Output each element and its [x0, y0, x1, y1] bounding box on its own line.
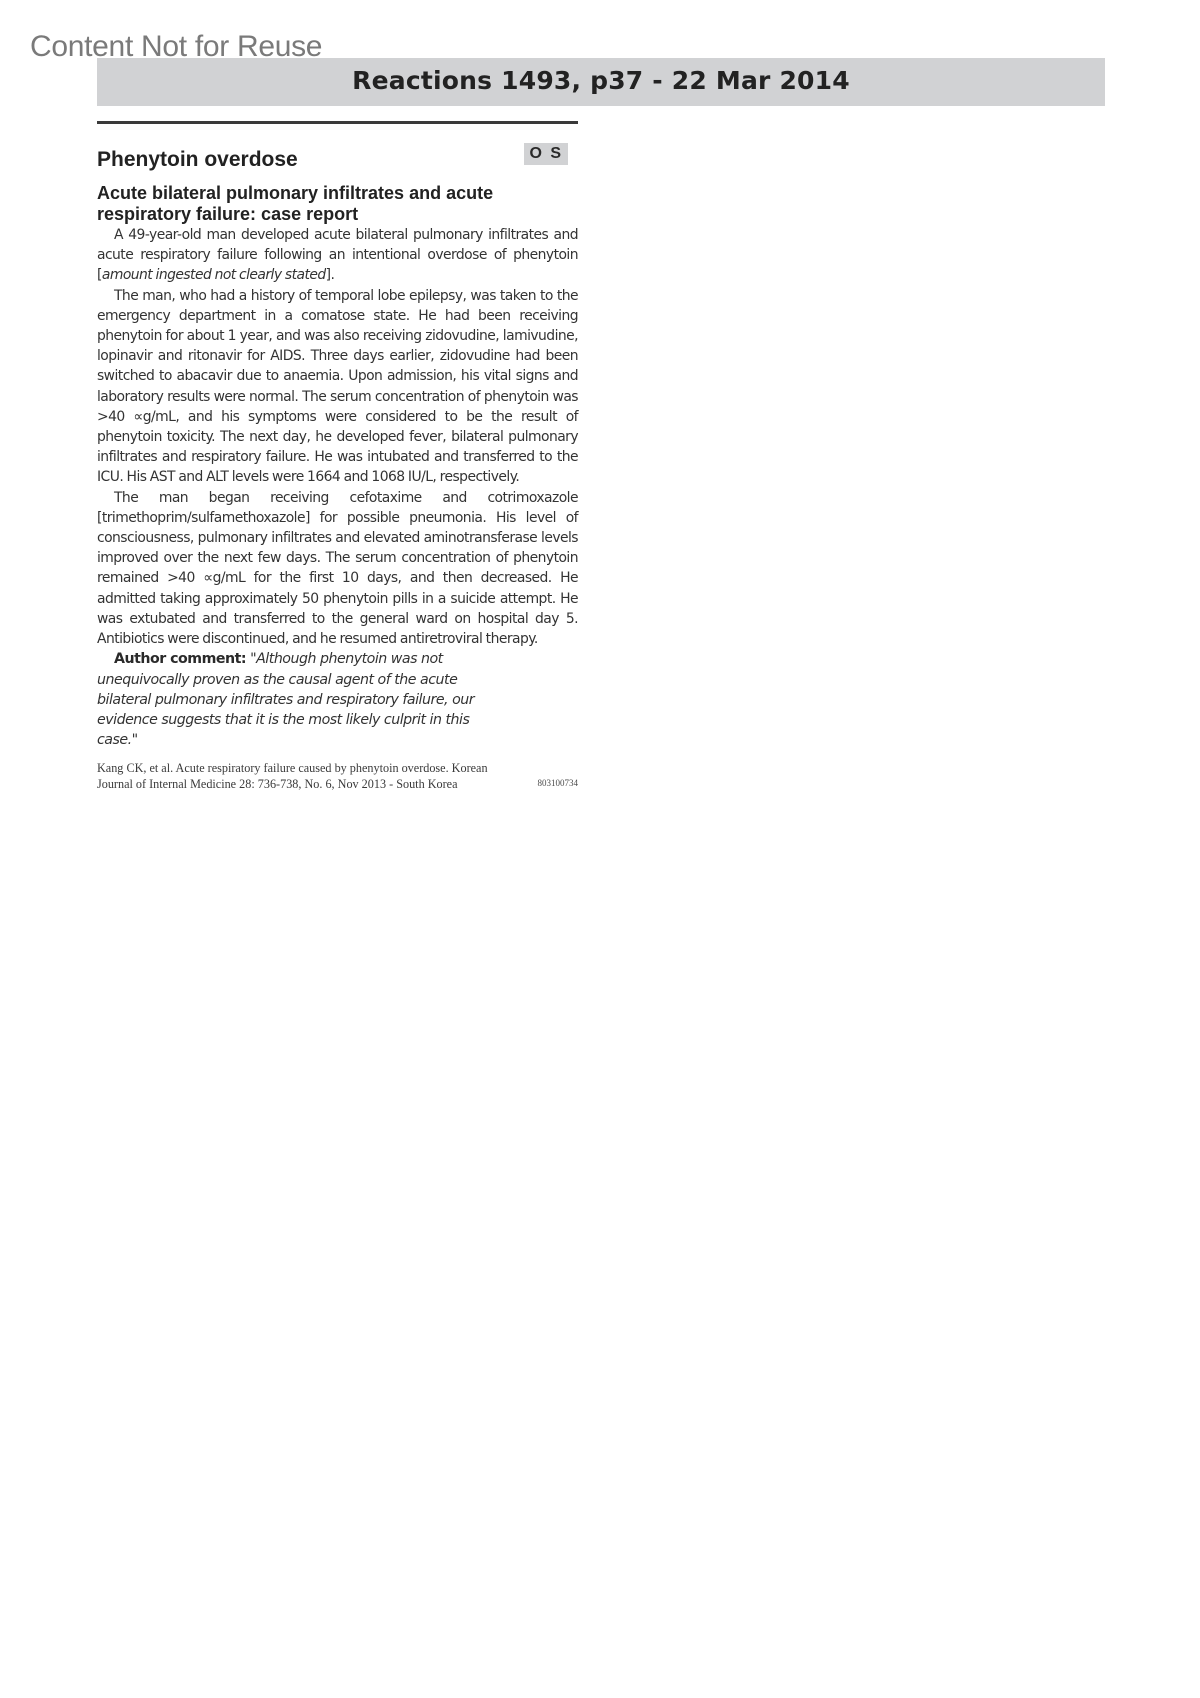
article-body: A 49-year-old man developed acute bilate… — [97, 225, 578, 649]
paragraph: The man began receiving cefotaxime and c… — [97, 488, 578, 650]
author-comment-label: Author comment: — [114, 651, 246, 667]
author-comment: Author comment: "Although phenytoin was … — [97, 649, 578, 750]
page-title: Reactions 1493, p37 - 22 Mar 2014 — [97, 66, 1105, 95]
paragraph-italic-text: amount ingested not clearly stated — [102, 267, 326, 283]
paragraph: The man, who had a history of temporal l… — [97, 286, 578, 488]
page-header: Reactions 1493, p37 - 22 Mar 2014 — [97, 58, 1105, 106]
article-title: Phenytoin overdose — [97, 148, 298, 172]
citation-text: Kang CK, et al. Acute respiratory failur… — [97, 761, 488, 791]
header-divider — [97, 121, 578, 124]
os-badge: O S — [524, 143, 568, 165]
paragraph: A 49-year-old man developed acute bilate… — [97, 225, 578, 286]
watermark: Content Not for Reuse — [30, 30, 322, 64]
article-subtitle: Acute bilateral pulmonary infiltrates an… — [97, 183, 578, 225]
article-title-row: Phenytoin overdose O S — [97, 140, 578, 176]
citation: Kang CK, et al. Acute respiratory failur… — [97, 760, 578, 792]
article: Phenytoin overdose O S Acute bilateral p… — [97, 140, 578, 792]
citation-id: 803100734 — [538, 775, 579, 791]
paragraph-text: ]. — [326, 267, 335, 283]
